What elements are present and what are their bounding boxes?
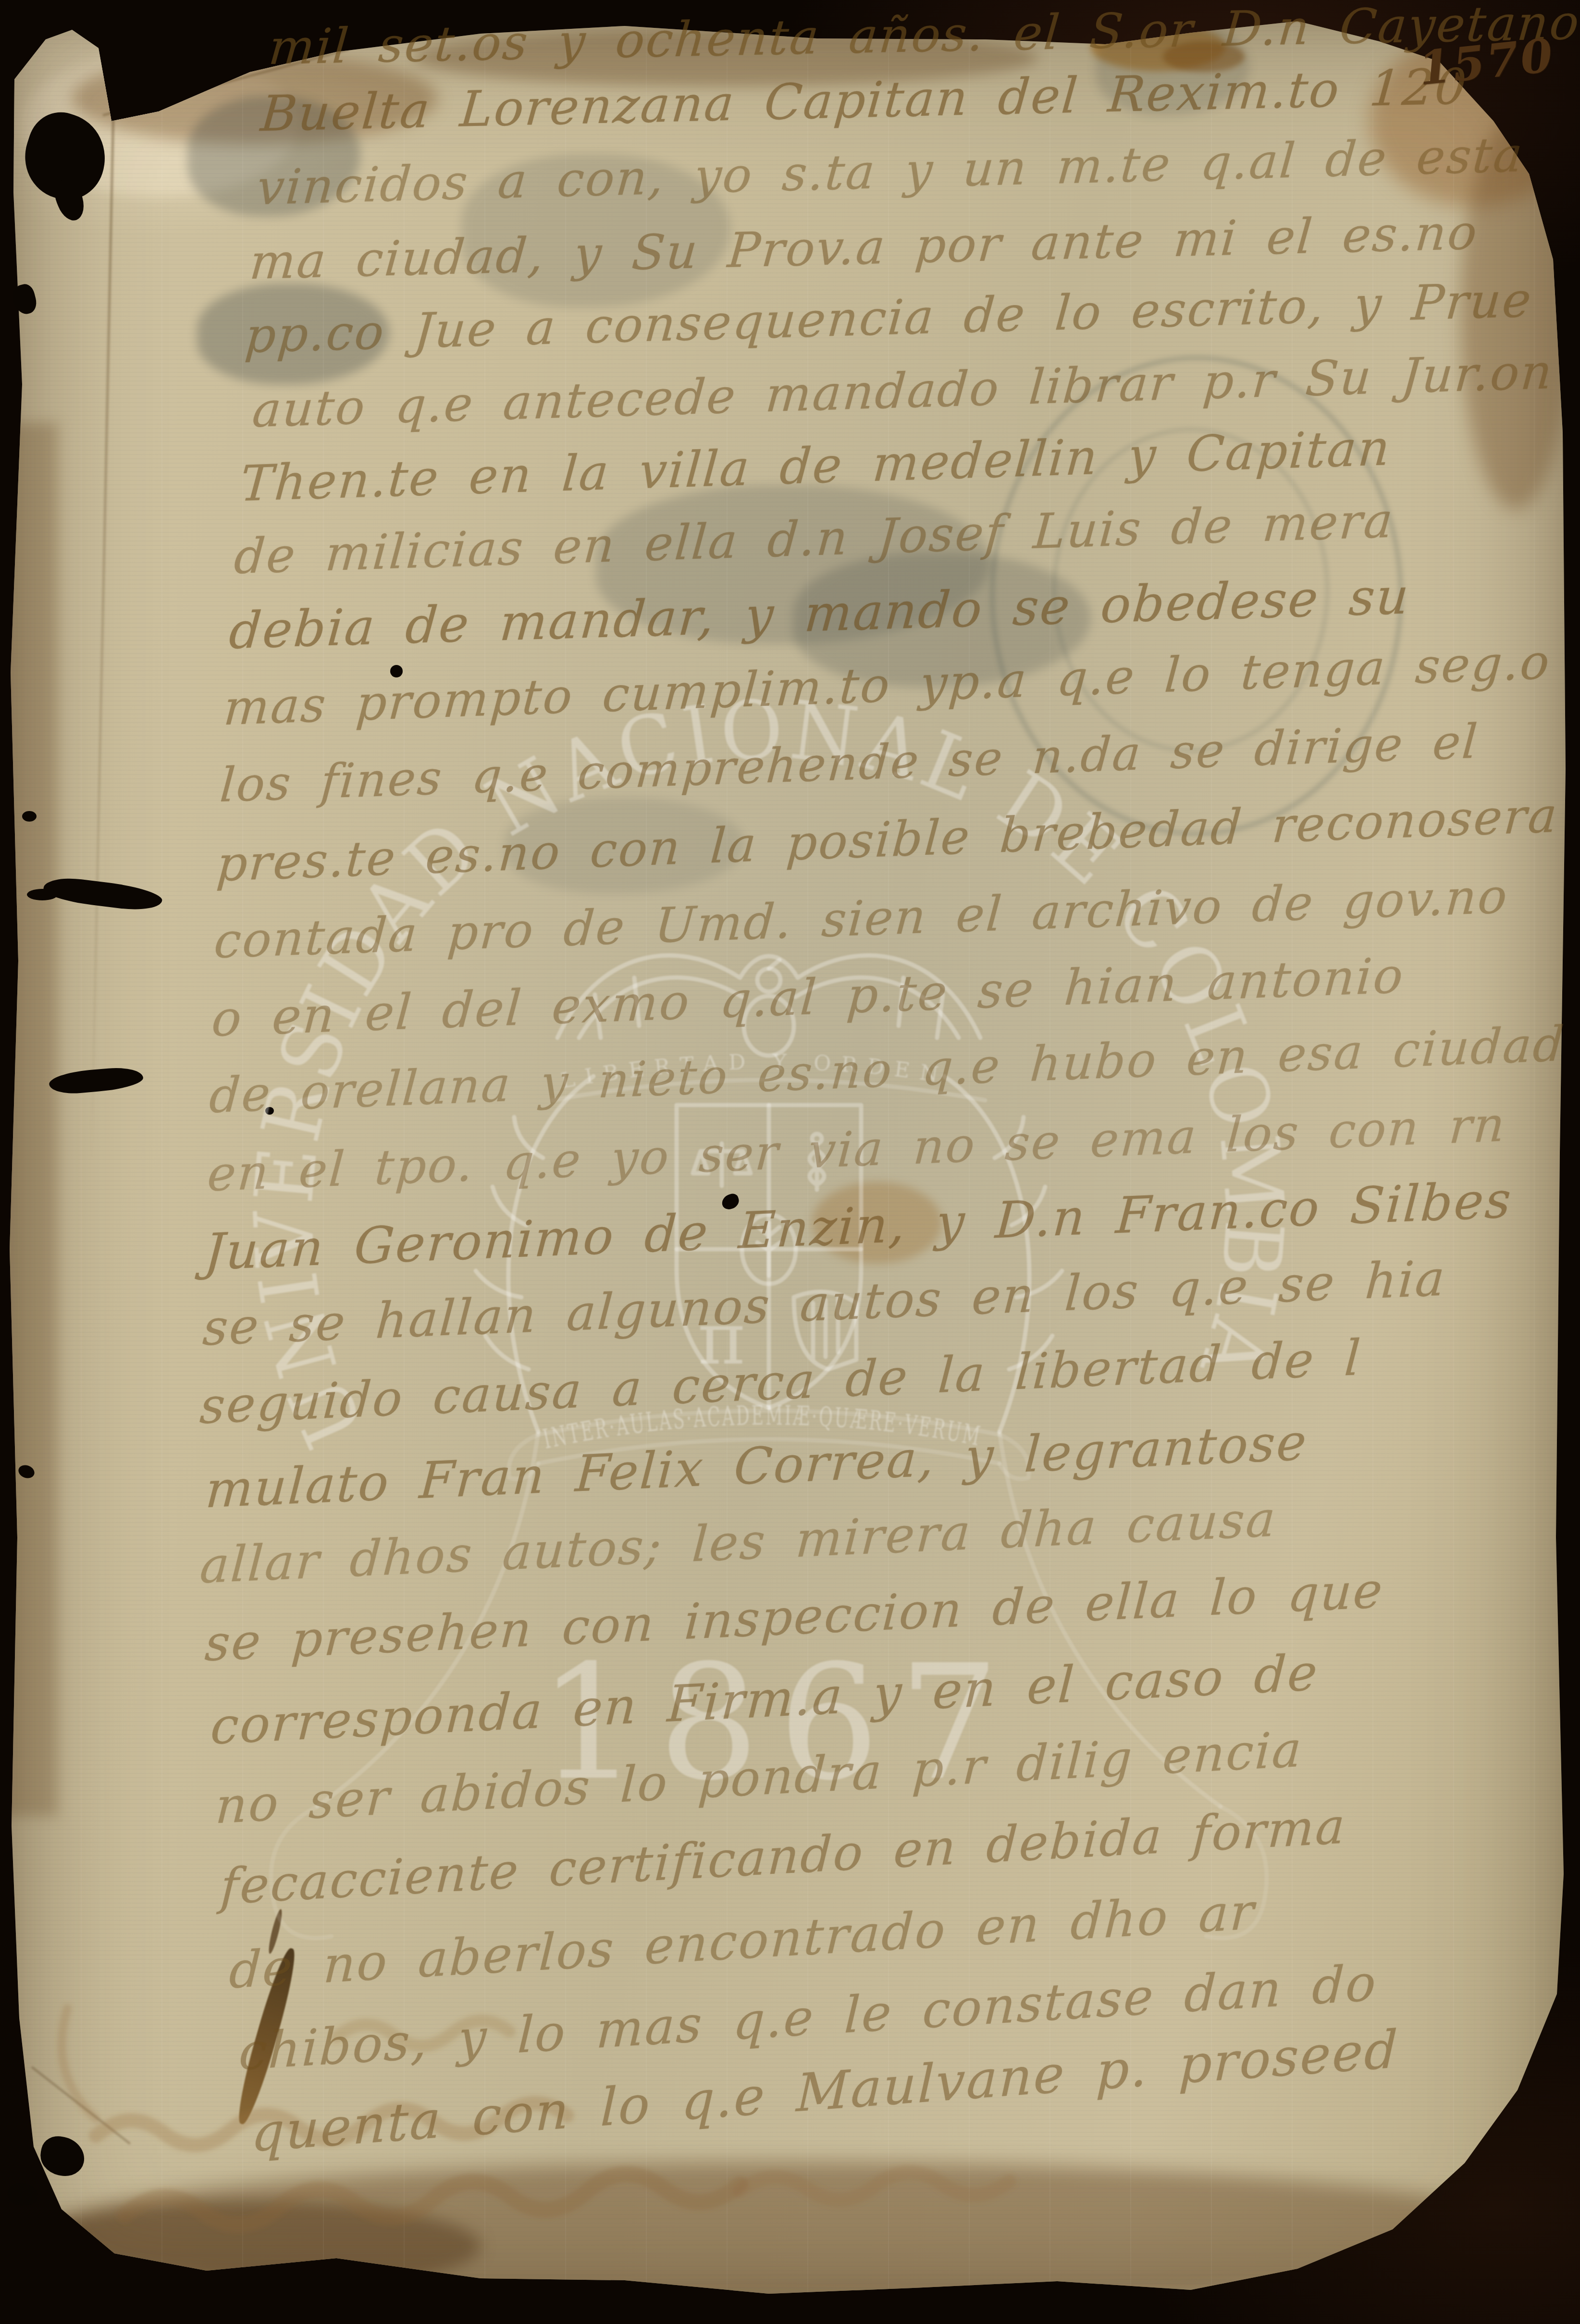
- fold-crease: [102, 49, 349, 116]
- stain: [1461, 115, 1571, 509]
- seal-bleed-ring: [1052, 428, 1329, 752]
- stain: [413, 29, 1038, 86]
- paper-hole: [8, 2183, 37, 2205]
- seal-bleed-ring: [990, 356, 1403, 836]
- fold-crease: [90, 46, 116, 1161]
- fold-crease: [31, 2066, 131, 2144]
- scorch-stain: [1163, 41, 1245, 72]
- edge-vignette: [0, 0, 1580, 2324]
- paper-sheet: [0, 0, 1580, 2324]
- ink-bleed-through: [793, 553, 1091, 687]
- stain: [19, 53, 298, 197]
- scorch-stain: [1091, 23, 1225, 71]
- ink-bleed-through: [187, 96, 360, 216]
- stain: [38, 2162, 1547, 2306]
- laid-paper-texture: [0, 0, 1580, 2324]
- stain: [72, 53, 437, 144]
- ink-bleed-through: [596, 485, 990, 644]
- stain: [24, 2201, 481, 2292]
- stain: [812, 1182, 942, 1264]
- stain: [0, 423, 58, 1816]
- folio-number: 1570: [1416, 28, 1557, 96]
- manuscript-scan: UNIVERSIDAD NACIONAL DE COLOMBIA LIBERTA…: [0, 0, 1580, 2324]
- ink-bleed-through: [197, 283, 389, 384]
- ink-bleed-through: [505, 798, 745, 894]
- ink-bleed-through: [461, 154, 730, 307]
- ink-bleed-through: [1096, 19, 1249, 115]
